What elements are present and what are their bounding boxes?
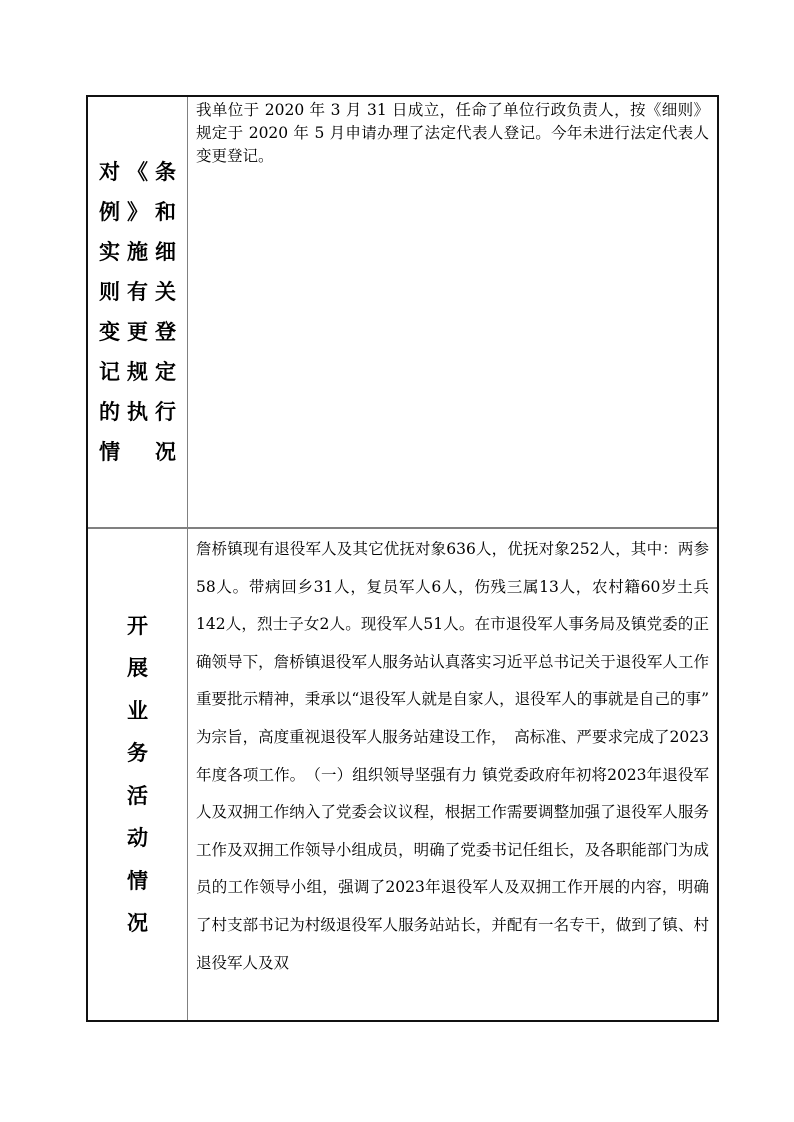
label-line: 对《条 bbox=[92, 152, 183, 192]
registration-changes-paragraph: 我单位于 2020 年 3 月 31 日成立，任命了单位行政负责人，按《细则》规… bbox=[196, 99, 709, 168]
label-line: 况 bbox=[127, 902, 148, 945]
label-line: 务 bbox=[127, 732, 148, 775]
label-line: 业 bbox=[127, 690, 148, 733]
business-activities-paragraph: 詹桥镇现有退役军人及其它优抚对象636人，优抚对象252人，其中：两参58人。带… bbox=[196, 531, 709, 982]
content-cell-registration-changes: 我单位于 2020 年 3 月 31 日成立，任命了单位行政负责人，按《细则》规… bbox=[188, 97, 717, 529]
label-line: 活 bbox=[127, 775, 148, 818]
document-page: 对《条 例》和 实施细 则有关 变更登 记规定 的执行 情 况 我单位于 202… bbox=[0, 0, 794, 1122]
label-line: 开 bbox=[127, 605, 148, 648]
label-line: 例》和 bbox=[92, 192, 183, 232]
label-line: 记规定 bbox=[92, 352, 183, 392]
label-line: 展 bbox=[127, 647, 148, 690]
label-line: 情 况 bbox=[92, 432, 183, 472]
label-line: 的执行 bbox=[92, 392, 183, 432]
label-line: 动 bbox=[127, 817, 148, 860]
label-cell-business-activities: 开 展 业 务 活 动 情 况 bbox=[88, 529, 188, 1020]
label-cell-registration-changes: 对《条 例》和 实施细 则有关 变更登 记规定 的执行 情 况 bbox=[88, 97, 188, 529]
label-line: 变更登 bbox=[92, 312, 183, 352]
label-line: 则有关 bbox=[92, 272, 183, 312]
label-line: 情 bbox=[127, 860, 148, 903]
content-cell-business-activities: 詹桥镇现有退役军人及其它优抚对象636人，优抚对象252人，其中：两参58人。带… bbox=[188, 529, 717, 1020]
label-line: 实施细 bbox=[92, 232, 183, 272]
form-table: 对《条 例》和 实施细 则有关 变更登 记规定 的执行 情 况 我单位于 202… bbox=[86, 95, 719, 1022]
